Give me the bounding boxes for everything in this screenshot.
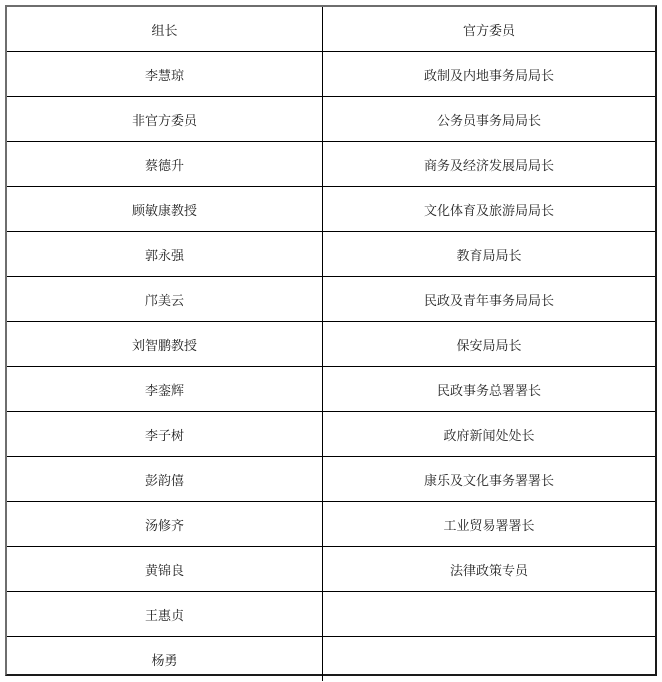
cell-right: 康乐及文化事务署署长 <box>323 457 656 502</box>
cell-left: 顾敏康教授 <box>7 187 323 232</box>
cell-left: 郭永强 <box>7 232 323 277</box>
table-row: 杨勇 <box>7 637 655 682</box>
cell-right: 公务员事务局局长 <box>323 97 656 142</box>
cell-left: 刘智鹏教授 <box>7 322 323 367</box>
cell-left: 彭韵僖 <box>7 457 323 502</box>
table-row: 李銮辉 民政事务总署署长 <box>7 367 655 412</box>
cell-right <box>323 592 656 637</box>
cell-left: 李銮辉 <box>7 367 323 412</box>
table-row: 李慧琼 政制及内地事务局局长 <box>7 52 655 97</box>
cell-left: 黄锦良 <box>7 547 323 592</box>
cell-left: 王惠贞 <box>7 592 323 637</box>
table-header-row: 组长 官方委员 <box>7 7 655 52</box>
table-row: 刘智鹏教授 保安局局长 <box>7 322 655 367</box>
cell-left: 汤修齐 <box>7 502 323 547</box>
cell-right: 民政及青年事务局局长 <box>323 277 656 322</box>
cell-left: 李慧琼 <box>7 52 323 97</box>
table-row: 黄锦良 法律政策专员 <box>7 547 655 592</box>
table-row: 汤修齐 工业贸易署署长 <box>7 502 655 547</box>
cell-right: 政府新闻处处长 <box>323 412 656 457</box>
cell-right: 文化体育及旅游局局长 <box>323 187 656 232</box>
cell-left: 蔡德升 <box>7 142 323 187</box>
table-row: 邝美云 民政及青年事务局局长 <box>7 277 655 322</box>
cell-right: 工业贸易署署长 <box>323 502 656 547</box>
table-row: 李子树 政府新闻处处长 <box>7 412 655 457</box>
cell-right: 教育局局长 <box>323 232 656 277</box>
table-row: 郭永强 教育局局长 <box>7 232 655 277</box>
cell-right: 法律政策专员 <box>323 547 656 592</box>
membership-table: 组长 官方委员 李慧琼 政制及内地事务局局长 非官方委员 公务员事务局局长 蔡德… <box>5 5 657 676</box>
table-row: 王惠贞 <box>7 592 655 637</box>
cell-right: 政制及内地事务局局长 <box>323 52 656 97</box>
members-table: 组长 官方委员 李慧琼 政制及内地事务局局长 非官方委员 公务员事务局局长 蔡德… <box>7 7 655 681</box>
table-row: 蔡德升 商务及经济发展局局长 <box>7 142 655 187</box>
cell-left: 杨勇 <box>7 637 323 682</box>
cell-right: 民政事务总署署长 <box>323 367 656 412</box>
cell-right: 商务及经济发展局局长 <box>323 142 656 187</box>
header-group-leader: 组长 <box>7 7 323 52</box>
table-row: 非官方委员 公务员事务局局长 <box>7 97 655 142</box>
cell-right: 保安局局长 <box>323 322 656 367</box>
table-row: 彭韵僖 康乐及文化事务署署长 <box>7 457 655 502</box>
cell-left: 非官方委员 <box>7 97 323 142</box>
cell-left: 李子树 <box>7 412 323 457</box>
cell-right <box>323 637 656 682</box>
cell-left: 邝美云 <box>7 277 323 322</box>
table-row: 顾敏康教授 文化体育及旅游局局长 <box>7 187 655 232</box>
header-official-members: 官方委员 <box>323 7 656 52</box>
